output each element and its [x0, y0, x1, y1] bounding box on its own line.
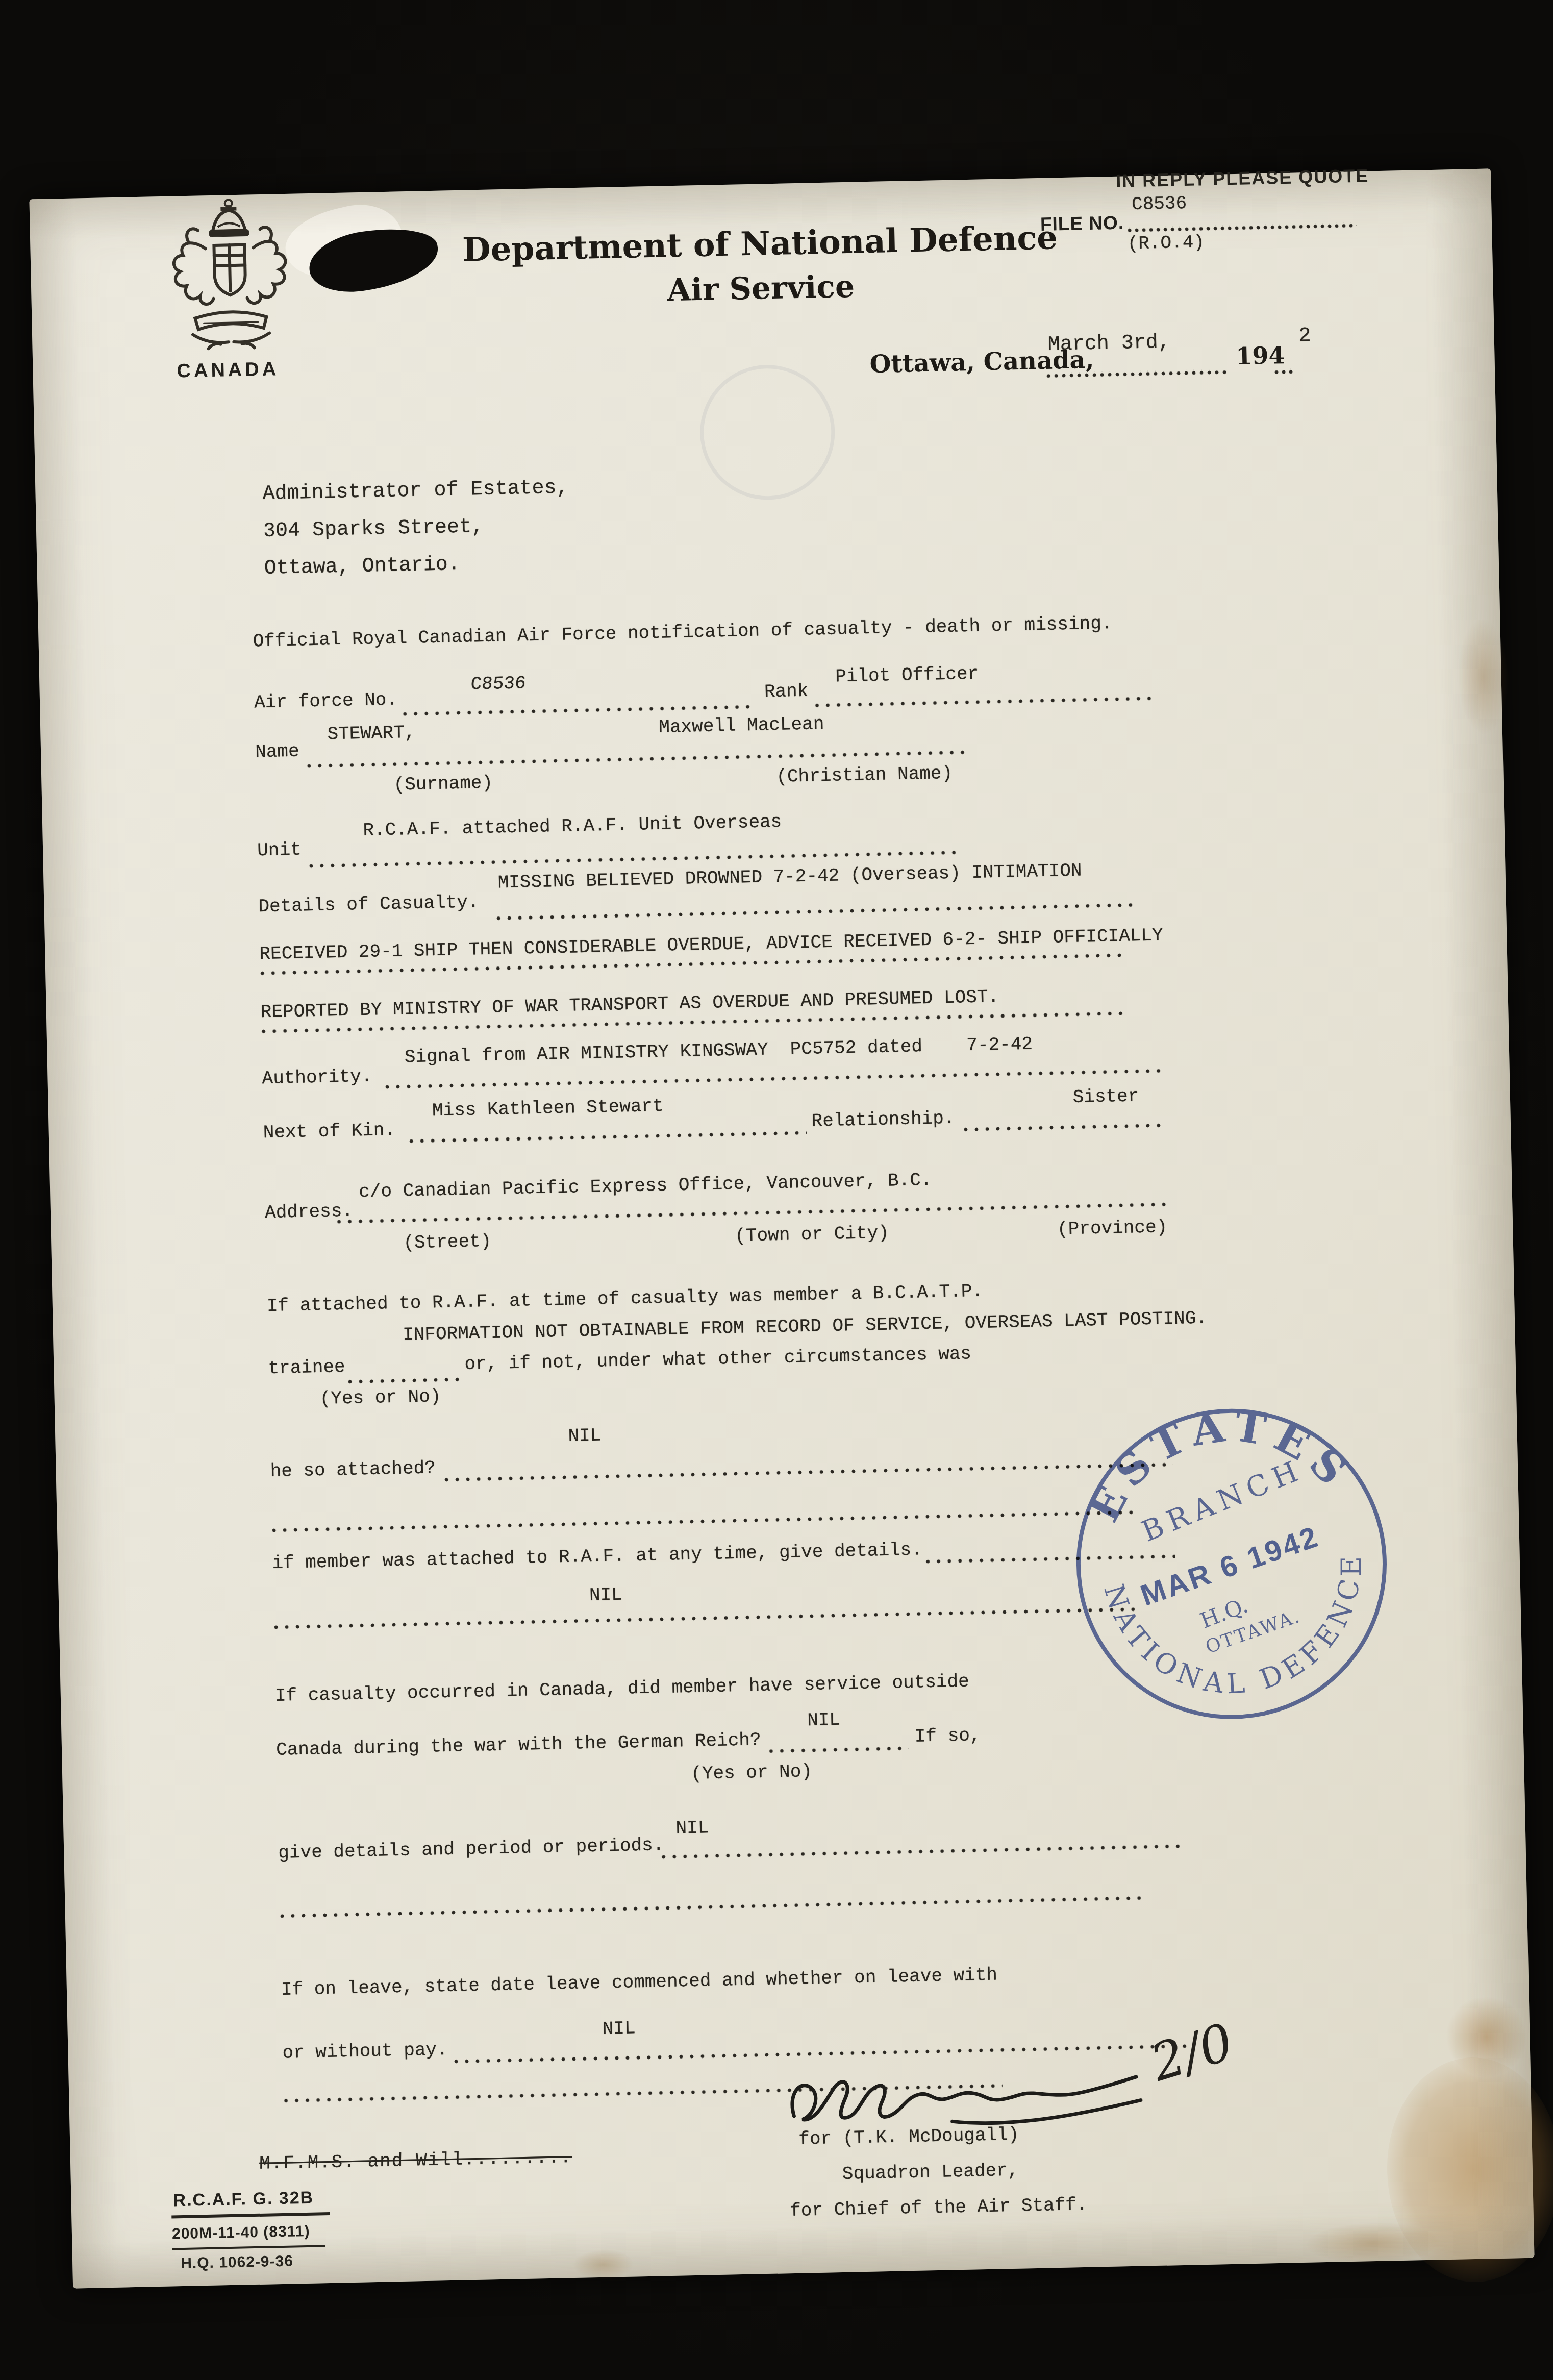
dotted-line	[280, 1895, 1142, 1919]
paper-stain	[1385, 2055, 1553, 2284]
ghost-stamp-impression	[699, 364, 836, 501]
date-typed: March 3rd,	[1047, 331, 1170, 357]
authority-label: Authority.	[262, 1066, 372, 1089]
christian-caption: (Christian Name)	[776, 763, 953, 788]
nil-value: NIL	[807, 1709, 841, 1731]
name-label: Name	[255, 741, 299, 763]
dotted-line	[273, 1606, 1136, 1630]
subject-line: Official Royal Canadian Air Force notifi…	[253, 613, 1113, 652]
paper-stain	[572, 2249, 634, 2281]
info-line: INFORMATION NOT OBTAINABLE FROM RECORD O…	[403, 1308, 1208, 1346]
nok-label: Next of Kin.	[263, 1120, 395, 1144]
dotted-line	[814, 695, 1156, 708]
province-caption: (Province)	[1057, 1217, 1168, 1240]
dotted-line	[403, 704, 755, 717]
address-value: c/o Canadian Pacific Express Office, Van…	[359, 1170, 932, 1203]
dotted-line	[336, 1201, 1168, 1225]
department-title-line1: Department of National Defence	[428, 218, 1092, 270]
trainee-rest: or, if not, under what other circumstanc…	[464, 1343, 971, 1375]
details-label: Details of Casualty.	[258, 891, 479, 917]
bcatp-line: If attached to R.A.F. at time of casualt…	[267, 1281, 984, 1317]
dotted-line	[409, 1130, 807, 1144]
unit-label: Unit	[257, 839, 302, 861]
authority-value: Signal from AIR MINISTRY KINGSWAY PC5752…	[404, 1034, 1033, 1068]
signature-for-line: for (T.K. McDougall)	[798, 2124, 1019, 2150]
dotted-line	[385, 1068, 1165, 1090]
dotted-line	[768, 1745, 909, 1754]
year-typed: 2	[1298, 325, 1311, 348]
reich-line: Canada during the war with the German Re…	[276, 1729, 761, 1761]
relationship-value: Sister	[1072, 1085, 1139, 1108]
paper-stain	[1445, 1995, 1528, 2078]
unit-value: R.C.A.F. attached R.A.F. Unit Overseas	[363, 811, 782, 841]
airforce-label: Air force No.	[254, 689, 398, 713]
paper-stain	[1307, 2221, 1440, 2265]
footer-hq-code: H.Q. 1062-9-36	[181, 2253, 293, 2273]
relationship-label: Relationship.	[811, 1108, 955, 1132]
handwritten-note: 2/0	[1144, 2012, 1240, 2093]
dotted-line	[347, 1376, 462, 1385]
dotted-line	[661, 1843, 1182, 1860]
file-no-label: FILE NO.	[1040, 212, 1124, 235]
file-no-value: C8536	[1132, 193, 1187, 215]
casualty-line: If casualty occurred in Canada, did memb…	[275, 1671, 970, 1707]
nil-value: NIL	[589, 1584, 623, 1606]
nil-value: NIL	[568, 1425, 602, 1447]
footer-form-number: R.C.A.F. G. 32B	[173, 2188, 314, 2211]
yes-or-no-caption: (Yes or No)	[691, 1761, 812, 1784]
document-sheet: CANADA Department of National Defence Ai…	[29, 168, 1534, 2288]
nil-value: NIL	[602, 2018, 636, 2040]
christian-value: Maxwell MacLean	[659, 713, 824, 738]
airforce-value: C8536	[470, 673, 527, 695]
town-caption: (Town or City)	[735, 1223, 889, 1247]
nil-value: NIL	[675, 1817, 709, 1839]
footer-rule	[171, 2212, 330, 2218]
if-so-label: If so,	[914, 1725, 981, 1747]
surname-caption: (Surname)	[393, 773, 493, 796]
street-caption: (Street)	[403, 1231, 492, 1254]
addressee-line2: 304 Sparks Street,	[263, 515, 484, 543]
addressee-line1: Administrator of Estates,	[262, 476, 569, 506]
dotted-line	[271, 1509, 1134, 1533]
rank-value: Pilot Officer	[835, 663, 979, 687]
signature-chief-line: for Chief of the Air Staff.	[790, 2194, 1088, 2222]
in-reply-note: IN REPLY PLEASE QUOTE	[1116, 165, 1369, 191]
leave-line: If on leave, state date leave commenced …	[281, 1964, 998, 2000]
dotted-line	[1274, 369, 1295, 375]
dotted-line	[1127, 222, 1357, 232]
dotted-line	[496, 902, 1134, 921]
estates-branch-stamp: ESTATES BRANCH MAR 6 1942 H.Q. OTTAWA. N…	[1044, 1376, 1419, 1752]
canada-coat-of-arms	[144, 193, 316, 360]
year-printed: 194	[1236, 341, 1285, 370]
attached-question: he so attached?	[270, 1457, 436, 1482]
canada-label: CANADA	[177, 358, 280, 382]
surname-value: STEWART,	[327, 722, 416, 745]
yes-or-no-caption: (Yes or No)	[319, 1386, 441, 1409]
dotted-line	[963, 1122, 1167, 1132]
addressee-line3: Ottawa, Ontario.	[264, 553, 460, 581]
give-details-line: give details and period or periods.	[278, 1834, 664, 1864]
footer-print-code: 200M-11-40 (8311)	[172, 2223, 310, 2243]
rank-label: Rank	[764, 681, 809, 703]
file-no-sub: (R.O.4)	[1127, 232, 1205, 255]
department-title-line2: Air Service	[429, 264, 1093, 313]
struck-out-text: M.F.M.S. and Will.........	[259, 2147, 572, 2174]
details-value: MISSING BELIEVED DROWNED 7-2-42 (Oversea…	[497, 860, 1082, 894]
trainee-label: trainee	[268, 1356, 345, 1379]
member-line: if member was attached to R.A.F. at any …	[272, 1539, 922, 1574]
footer-rule	[172, 2245, 325, 2250]
nok-value: Miss Kathleen Stewart	[432, 1096, 664, 1122]
without-pay-line: or without pay.	[282, 2039, 448, 2064]
signature-rank-line: Squadron Leader,	[842, 2160, 1018, 2185]
